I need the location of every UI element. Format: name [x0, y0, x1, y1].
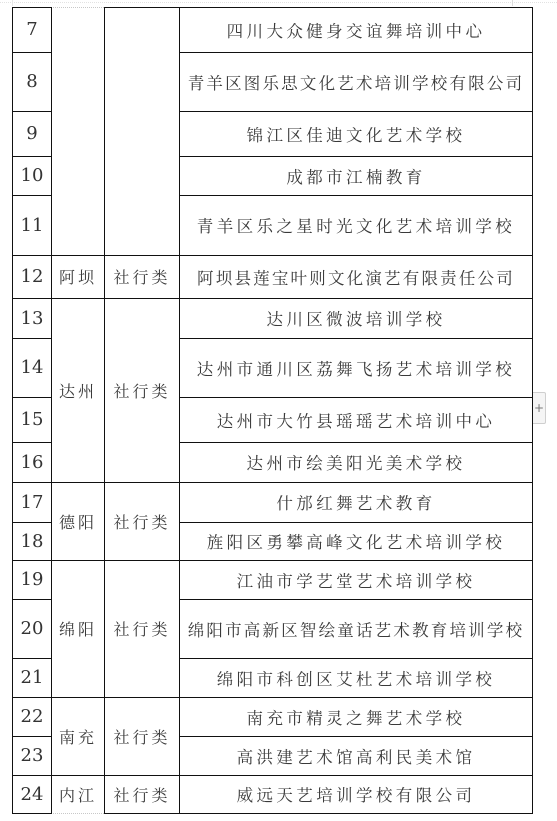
category-cell: 社行类: [105, 255, 179, 298]
institution-name: 威远天艺培训学校有限公司: [180, 775, 532, 813]
institution-name: 什邡红舞艺术教育: [180, 482, 532, 522]
row-number: 19: [12, 560, 52, 599]
institution-name: 达州市通川区荔舞飞扬艺术培训学校: [180, 338, 532, 397]
category-cell: [105, 7, 179, 255]
region-cell: 阿坝: [52, 255, 104, 298]
institution-name: 绵阳市高新区智绘童话艺术教育培训学校: [180, 599, 532, 658]
page-margin-guide: [12, 0, 13, 6]
row-number: 7: [12, 7, 52, 52]
row-number: 20: [12, 599, 52, 658]
institutions-table: 7 8 9 10 11 12 13 14 15 16 17 18 19 20 2…: [12, 7, 533, 814]
row-number: 22: [12, 697, 52, 736]
institution-name: 青羊区图乐思文化艺术培训学校有限公司: [180, 52, 532, 111]
row-number: 15: [12, 397, 52, 442]
row-number: 11: [12, 195, 52, 255]
region-cell: 德阳: [52, 482, 104, 560]
region-cell: 达州: [52, 298, 104, 482]
plus-icon: +: [534, 401, 544, 415]
row-number: 10: [12, 156, 52, 195]
region-cell: 内江: [52, 775, 104, 813]
row-number: 17: [12, 482, 52, 522]
institution-name: 青羊区乐之星时光文化艺术培训学校: [180, 195, 532, 255]
row-number: 9: [12, 111, 52, 156]
row-number: 16: [12, 442, 52, 482]
institution-name: 江油市学艺堂艺术培训学校: [180, 560, 532, 599]
row-number: 8: [12, 52, 52, 111]
region-cell: [52, 7, 104, 255]
institution-name: 旌阳区勇攀高峰文化艺术培训学校: [180, 522, 532, 560]
category-cell: 社行类: [105, 298, 179, 482]
institution-name: 绵阳市科创区艾杜艺术培训学校: [180, 658, 532, 697]
row-number: 24: [12, 775, 52, 813]
institution-name: 锦江区佳迪文化艺术学校: [180, 111, 532, 156]
page-margin-guide: [0, 2, 557, 3]
row-number: 14: [12, 338, 52, 397]
page-margin-guide: [512, 0, 513, 6]
institution-name: 达川区微波培训学校: [180, 298, 532, 338]
institution-name: 高洪建艺术馆高利民美术馆: [180, 736, 532, 775]
category-cell: 社行类: [105, 560, 179, 697]
row-number: 23: [12, 736, 52, 775]
row-number: 18: [12, 522, 52, 560]
add-table-row-button[interactable]: +: [533, 392, 546, 424]
row-number: 13: [12, 298, 52, 338]
category-cell: 社行类: [105, 482, 179, 560]
category-cell: 社行类: [105, 775, 179, 813]
institution-name: 四川大众健身交谊舞培训中心: [180, 7, 532, 52]
row-number: 21: [12, 658, 52, 697]
institution-name: 达州市绘美阳光美术学校: [180, 442, 532, 482]
region-cell: 南充: [52, 697, 104, 775]
institution-name: 达州市大竹县瑶瑶艺术培训中心: [180, 397, 532, 442]
category-cell: 社行类: [105, 697, 179, 775]
institution-name: 成都市江楠教育: [180, 156, 532, 195]
region-cell: 绵阳: [52, 560, 104, 697]
institution-name: 南充市精灵之舞艺术学校: [180, 697, 532, 736]
institution-name: 阿坝县莲宝叶则文化演艺有限责任公司: [180, 255, 532, 298]
row-number: 12: [12, 255, 52, 298]
